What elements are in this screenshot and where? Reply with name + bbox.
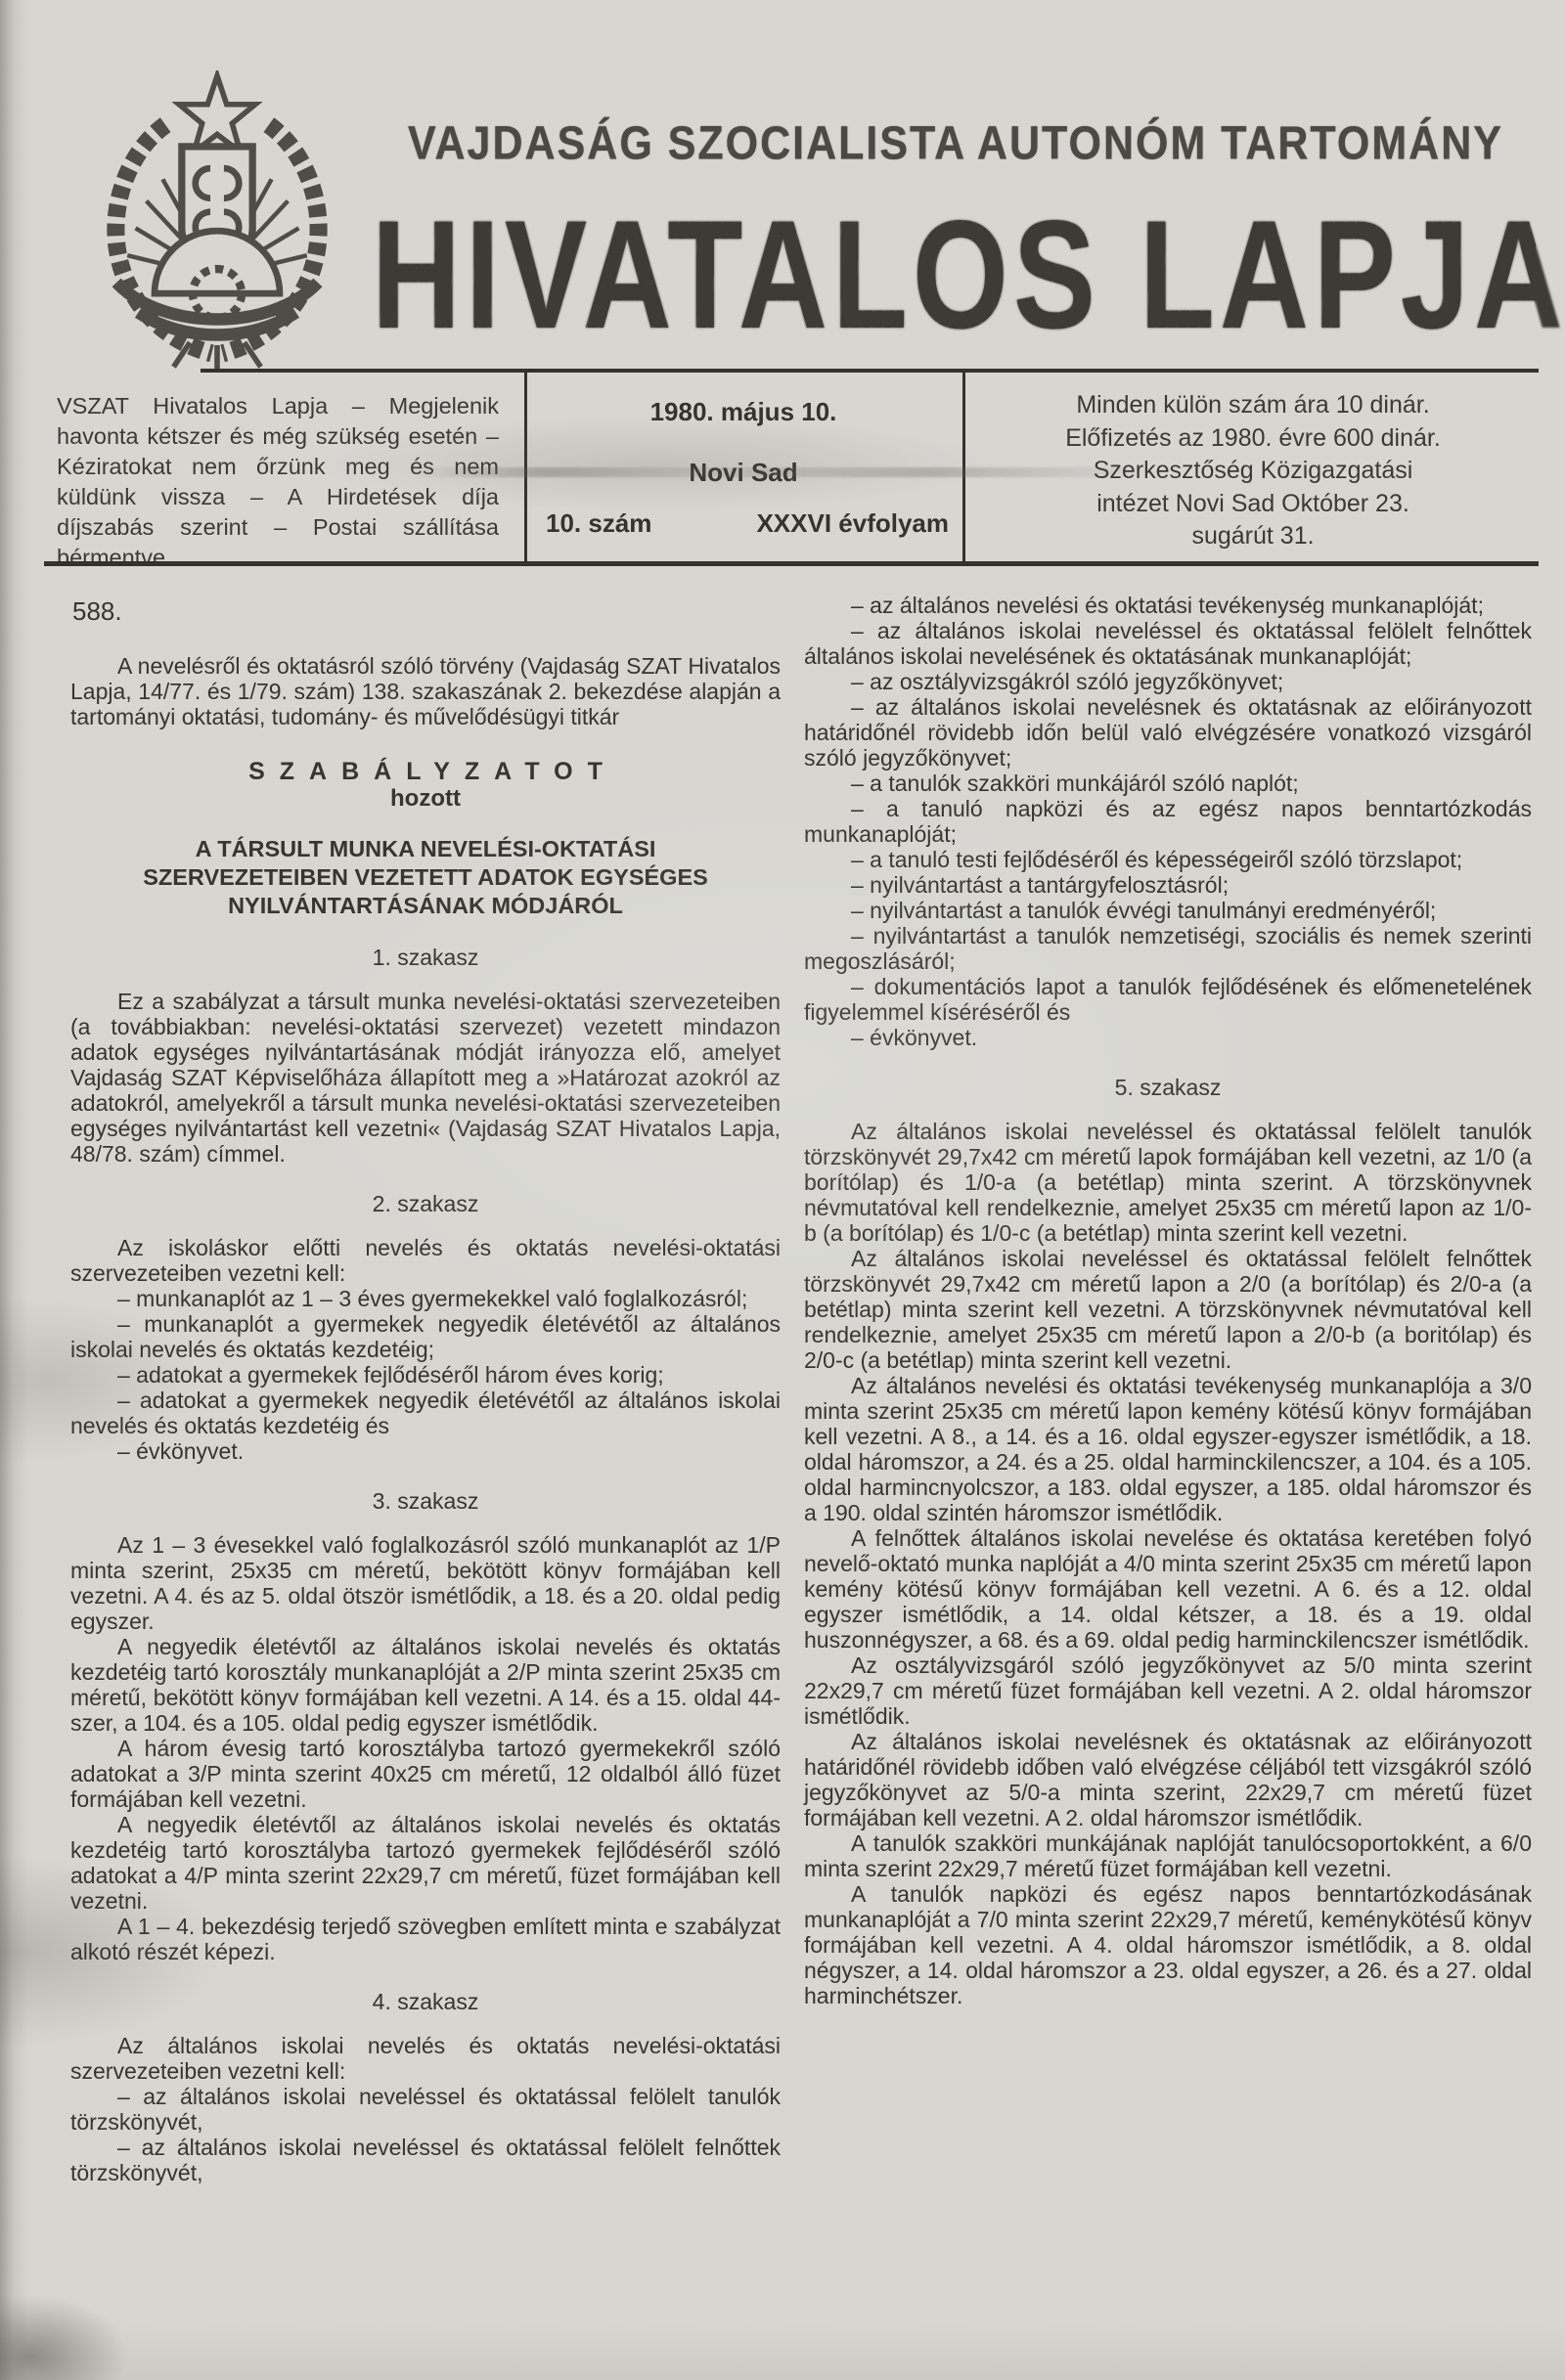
list-item: – munkanaplót a gyermekek negyedik életé… <box>70 1311 781 1362</box>
list-item: – nyilvántartást a tantárgyfelosztásról; <box>804 872 1532 898</box>
section-5-paragraph: Az általános iskolai neveléssel és oktat… <box>804 1119 1532 1246</box>
list-item: – a tanuló testi fejlődéséről és képessé… <box>804 847 1532 872</box>
section-5-paragraph: Az általános iskolai neveléssel és oktat… <box>804 1246 1532 1373</box>
section-2-intro: Az iskoláskor előtti nevelés és oktatás … <box>70 1235 781 1286</box>
decree-subword: hozott <box>70 786 781 812</box>
section-5-paragraph: Az osztályvizsgáról szóló jegyzőkönyvet … <box>804 1653 1532 1729</box>
article-title: A TÁRSULT MUNKA NEVELÉSI-OKTATÁSI SZERVE… <box>110 835 741 920</box>
decree-word: SZABÁLYZATOT <box>70 759 781 784</box>
list-item: – az általános nevelési és oktatási tevé… <box>804 593 1532 618</box>
section-heading-5: 5. szakasz <box>804 1075 1532 1100</box>
list-item: – a tanulók szakköri munkájáról szóló na… <box>804 771 1532 796</box>
price-line: Minden külön szám ára 10 dinár. <box>978 389 1528 422</box>
list-item: – nyilvántartást a tanulók évvégi tanulm… <box>804 898 1532 923</box>
section-5-paragraph: Az általános iskolai nevelésnek és oktat… <box>804 1729 1532 1830</box>
issue-date: 1980. május 10. <box>533 397 954 427</box>
list-item: – az általános iskolai nevelésnek és okt… <box>804 694 1532 771</box>
list-item: – évkönyvet. <box>804 1025 1532 1050</box>
info-bar-divider-right <box>962 369 965 566</box>
coat-of-arms-emblem <box>76 70 358 370</box>
article-column-left: 588. A nevelésről és oktatásról szóló tö… <box>70 598 781 2185</box>
price-and-editorial-info: Minden külön szám ára 10 dinár. Előfizet… <box>978 389 1528 553</box>
section-5-paragraph: A tanulók szakköri munkájának naplóját t… <box>804 1830 1532 1881</box>
section-heading-3: 3. szakasz <box>70 1488 781 1514</box>
section-4-intro: Az általános iskolai nevelés és oktatás … <box>70 2033 781 2084</box>
article-intro: A nevelésről és oktatásról szóló törvény… <box>70 653 781 729</box>
editorial-line-3: sugárút 31. <box>978 520 1528 553</box>
section-3-paragraph: A három évesig tartó korosztályba tartoz… <box>70 1736 781 1812</box>
issue-number: 10. szám <box>546 508 651 539</box>
publication-info: VSZAT Hivatalos Lapja – Megjelenik havon… <box>57 391 499 603</box>
section-1-paragraph: Ez a szabályzat a társult munka nevelési… <box>70 989 781 1167</box>
list-item: – munkanaplót az 1 – 3 éves gyermekekkel… <box>70 1286 781 1311</box>
star-icon <box>179 76 255 153</box>
section-5-paragraph: A felnőttek általános iskolai nevelése é… <box>804 1525 1532 1653</box>
section-5-paragraph: A tanulók napközi és egész napos benntar… <box>804 1881 1532 2008</box>
list-item: – adatokat a gyermekek fejlődéséről háro… <box>70 1362 781 1388</box>
section-3-paragraph: A 1 – 4. bekezdésig terjedő szövegben em… <box>70 1914 781 1964</box>
issue-place: Novi Sad <box>533 458 954 488</box>
gazette-page: VAJDASÁG SZOCIALISTA AUTONÓM TARTOMÁNY H… <box>0 0 1565 2380</box>
section-heading-2: 2. szakasz <box>70 1191 781 1216</box>
volume-number: XXXVI évfolyam <box>729 508 949 539</box>
masthead-title: HIVATALOS LAPJA <box>372 186 1536 406</box>
list-item: – az általános iskolai neveléssel és okt… <box>70 2135 781 2185</box>
list-item: – az általános iskolai neveléssel és okt… <box>804 618 1532 669</box>
list-item: – az osztályvizsgákról szóló jegyzőkönyv… <box>804 669 1532 694</box>
list-item: – nyilvántartást a tanulók nemzetiségi, … <box>804 923 1532 974</box>
list-item: – évkönyvet. <box>70 1438 781 1464</box>
section-3-paragraph: A negyedik életévtől az általános iskola… <box>70 1634 781 1736</box>
article-number: 588. <box>72 598 781 624</box>
section-5-paragraph: Az általános nevelési és oktatási tevéke… <box>804 1373 1532 1525</box>
section-heading-4: 4. szakasz <box>70 1989 781 2014</box>
section-3-paragraph: Az 1 – 3 évesekkel való foglalkozásról s… <box>70 1532 781 1634</box>
info-bar-bottom-rule <box>44 561 1539 566</box>
editorial-line-2: intézet Novi Sad Október 23. <box>978 488 1528 521</box>
subscription-line: Előfizetés az 1980. évre 600 dinár. <box>978 422 1528 456</box>
list-item: – adatokat a gyermekek negyedik életévét… <box>70 1388 781 1438</box>
section-3-paragraph: A negyedik életévtől az általános iskola… <box>70 1812 781 1914</box>
section-heading-1: 1. szakasz <box>70 945 781 970</box>
list-item: – a tanuló napközi és az egész napos ben… <box>804 796 1532 847</box>
masthead-tagline: VAJDASÁG SZOCIALISTA AUTONÓM TARTOMÁNY <box>383 117 1528 171</box>
article-column-right: – az általános nevelési és oktatási tevé… <box>804 593 1532 2008</box>
editorial-line-1: Szerkesztőség Közigazgatási <box>978 455 1528 488</box>
masthead-divider <box>201 369 1539 373</box>
info-bar-divider-left <box>524 369 527 566</box>
list-item: – dokumentációs lapot a tanulók fejlődés… <box>804 974 1532 1025</box>
list-item: – az általános iskolai neveléssel és okt… <box>70 2084 781 2135</box>
